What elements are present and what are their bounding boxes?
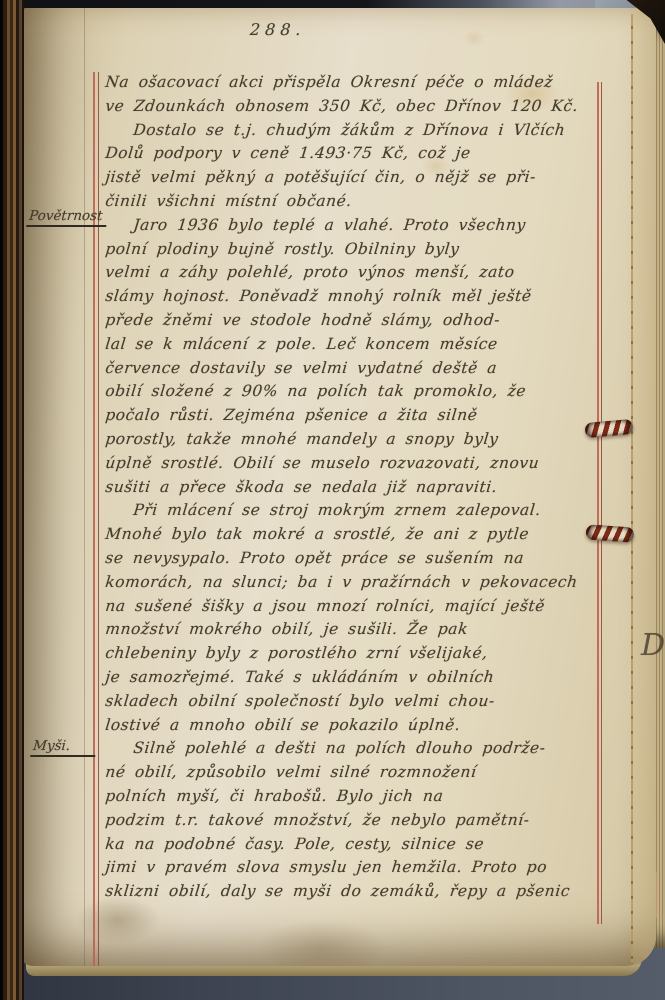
manuscript-line: je samozřejmé. Také s ukládáním v obilní… (104, 666, 656, 690)
manuscript-text: Na ošacovací akci přispěla Okresní péče … (104, 71, 656, 904)
manuscript-line: ka na podobné časy. Pole, cesty, silnice… (104, 833, 656, 857)
manuscript-line: jimi v pravém slova smyslu jen hemžila. … (104, 856, 656, 880)
manuscript-line: polních myší, či hrabošů. Bylo jich na (104, 785, 656, 809)
manuscript-line: na sušené šišky a jsou mnozí rolníci, ma… (104, 595, 656, 619)
manuscript-line: obilí složené z 90% na polích tak promok… (104, 380, 656, 404)
margin-note-weather: Povětrnost (26, 208, 108, 227)
margin-note-mice: Myši. (30, 738, 97, 757)
manuscript-line: Silně polehlé a dešti na polích dlouho p… (104, 737, 656, 761)
manuscript-line: sklizni obilí, daly se myši do zemáků, ř… (104, 880, 656, 904)
manuscript-line: sušiti a přece škoda se nedala již napra… (104, 476, 656, 500)
manuscript-line: Dostalo se t.j. chudým žákům z Dřínova i… (104, 119, 656, 143)
manuscript-line: činili všichni místní občané. (104, 190, 656, 214)
book-spine (0, 0, 24, 1000)
gutter-crease-line (84, 8, 85, 966)
manuscript-line: komorách, na slunci; ba i v pražírnách v… (104, 571, 656, 595)
manuscript-line: července dostavily se velmi vydatné dešt… (104, 357, 656, 381)
manuscript-line: skladech obilní společností bylo velmi c… (104, 690, 656, 714)
manuscript-line: počalo růsti. Zejména pšenice a žita sil… (104, 404, 656, 428)
manuscript-line: Mnohé bylo tak mokré a srostlé, že ani z… (104, 523, 656, 547)
manuscript-line: lal se k mlácení z pole. Leč koncem měsí… (104, 333, 656, 357)
manuscript-line: chlebeniny byly z porostlého zrní všelij… (104, 642, 656, 666)
manuscript-line: se nevysypalo. Proto opět práce se sušen… (104, 547, 656, 571)
manuscript-line: jistě velmi pěkný a potěšující čin, o ně… (104, 166, 656, 190)
red-margin-line-left-inner (98, 72, 99, 966)
manuscript-line: né obilí, způsobilo velmi silné rozmnože… (104, 761, 656, 785)
manuscript-line: Při mlácení se stroj mokrým zrnem zalepo… (104, 499, 656, 523)
manuscript-line: ve Zdounkách obnosem 350 Kč, obec Dřínov… (104, 95, 656, 119)
manuscript-line: velmi a záhy polehlé, proto výnos menší,… (104, 261, 656, 285)
red-margin-line-left-outer (93, 72, 95, 966)
manuscript-line: podzim t.r. takové množství, že nebylo p… (104, 809, 656, 833)
manuscript-line: Jaro 1936 bylo teplé a vlahé. Proto všec… (104, 214, 656, 238)
manuscript-line: množství mokrého obilí, je sušili. Že pa… (104, 618, 656, 642)
page-number: 288. (249, 20, 306, 39)
manuscript-line: Na ošacovací akci přispěla Okresní péče … (104, 71, 656, 95)
facing-page-letter: D (641, 628, 665, 663)
manuscript-line: slámy hojnost. Poněvadž mnohý rolník měl… (104, 285, 656, 309)
chronicle-scan: 288. Povětrnost Myši. Na ošacovací akci … (0, 0, 665, 1000)
manuscript-line: lostivé a mnoho obilí se pokazilo úplně. (104, 714, 656, 738)
manuscript-page: 288. Povětrnost Myši. Na ošacovací akci … (22, 8, 656, 966)
manuscript-line: polní plodiny bujně rostly. Obilniny byl… (104, 238, 656, 262)
manuscript-line: porostly, takže mnohé mandely a snopy by… (104, 428, 656, 452)
manuscript-line: Dolů podpory v ceně 1.493·75 Kč, což je (104, 142, 656, 166)
manuscript-line: přede žněmi ve stodole hodně slámy, odho… (104, 309, 656, 333)
manuscript-line: úplně srostlé. Obilí se muselo rozvazova… (104, 452, 656, 476)
